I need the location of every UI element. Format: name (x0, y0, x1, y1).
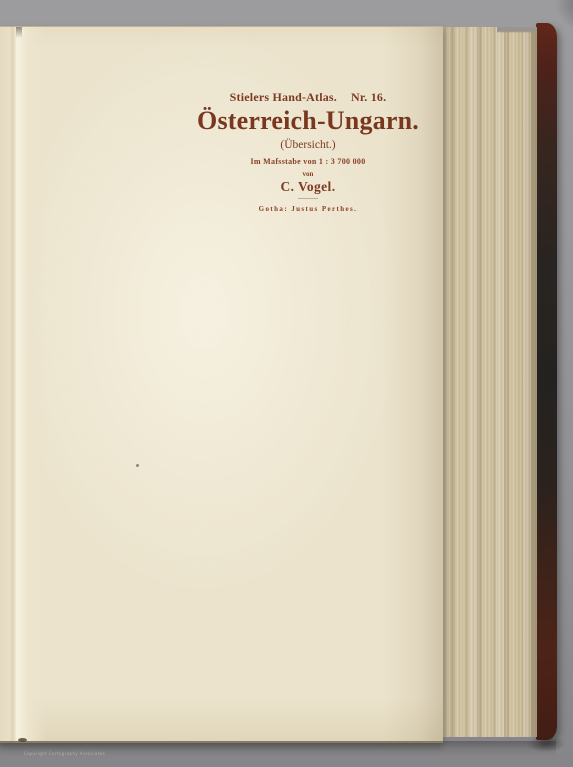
scale-line: Im Mafsstabe von 1 : 3 700 000 (155, 157, 461, 167)
series-line: Stielers Hand-Atlas.Nr. 16. (155, 89, 461, 105)
divider-rule (298, 198, 318, 199)
series-title: Stielers Hand-Atlas. (230, 90, 337, 104)
gutter-crease-notch (16, 27, 22, 38)
book-cover-edge (536, 23, 557, 740)
plate-number: Nr. 16. (351, 90, 386, 104)
fore-edge-step (497, 27, 537, 33)
cover-corner-shadow (520, 733, 572, 755)
title-block: Stielers Hand-Atlas.Nr. 16. Österreich-U… (155, 89, 461, 213)
main-title: Österreich-Ungarn. (155, 107, 461, 135)
paper-speck (136, 464, 139, 467)
publisher-imprint: Gotha: Justus Perthes. (155, 205, 461, 213)
scanned-book-photo: Stielers Hand-Atlas.Nr. 16. Österreich-U… (0, 0, 573, 767)
cartographer-name: C. Vogel. (155, 179, 461, 195)
atlas-title-page: Stielers Hand-Atlas.Nr. 16. Österreich-U… (0, 26, 443, 743)
gutter-crease (0, 27, 46, 741)
subtitle: (Übersicht.) (155, 138, 461, 152)
byline-prefix: von (155, 170, 461, 178)
scan-watermark: Copyright Cartography Associates (24, 751, 105, 756)
